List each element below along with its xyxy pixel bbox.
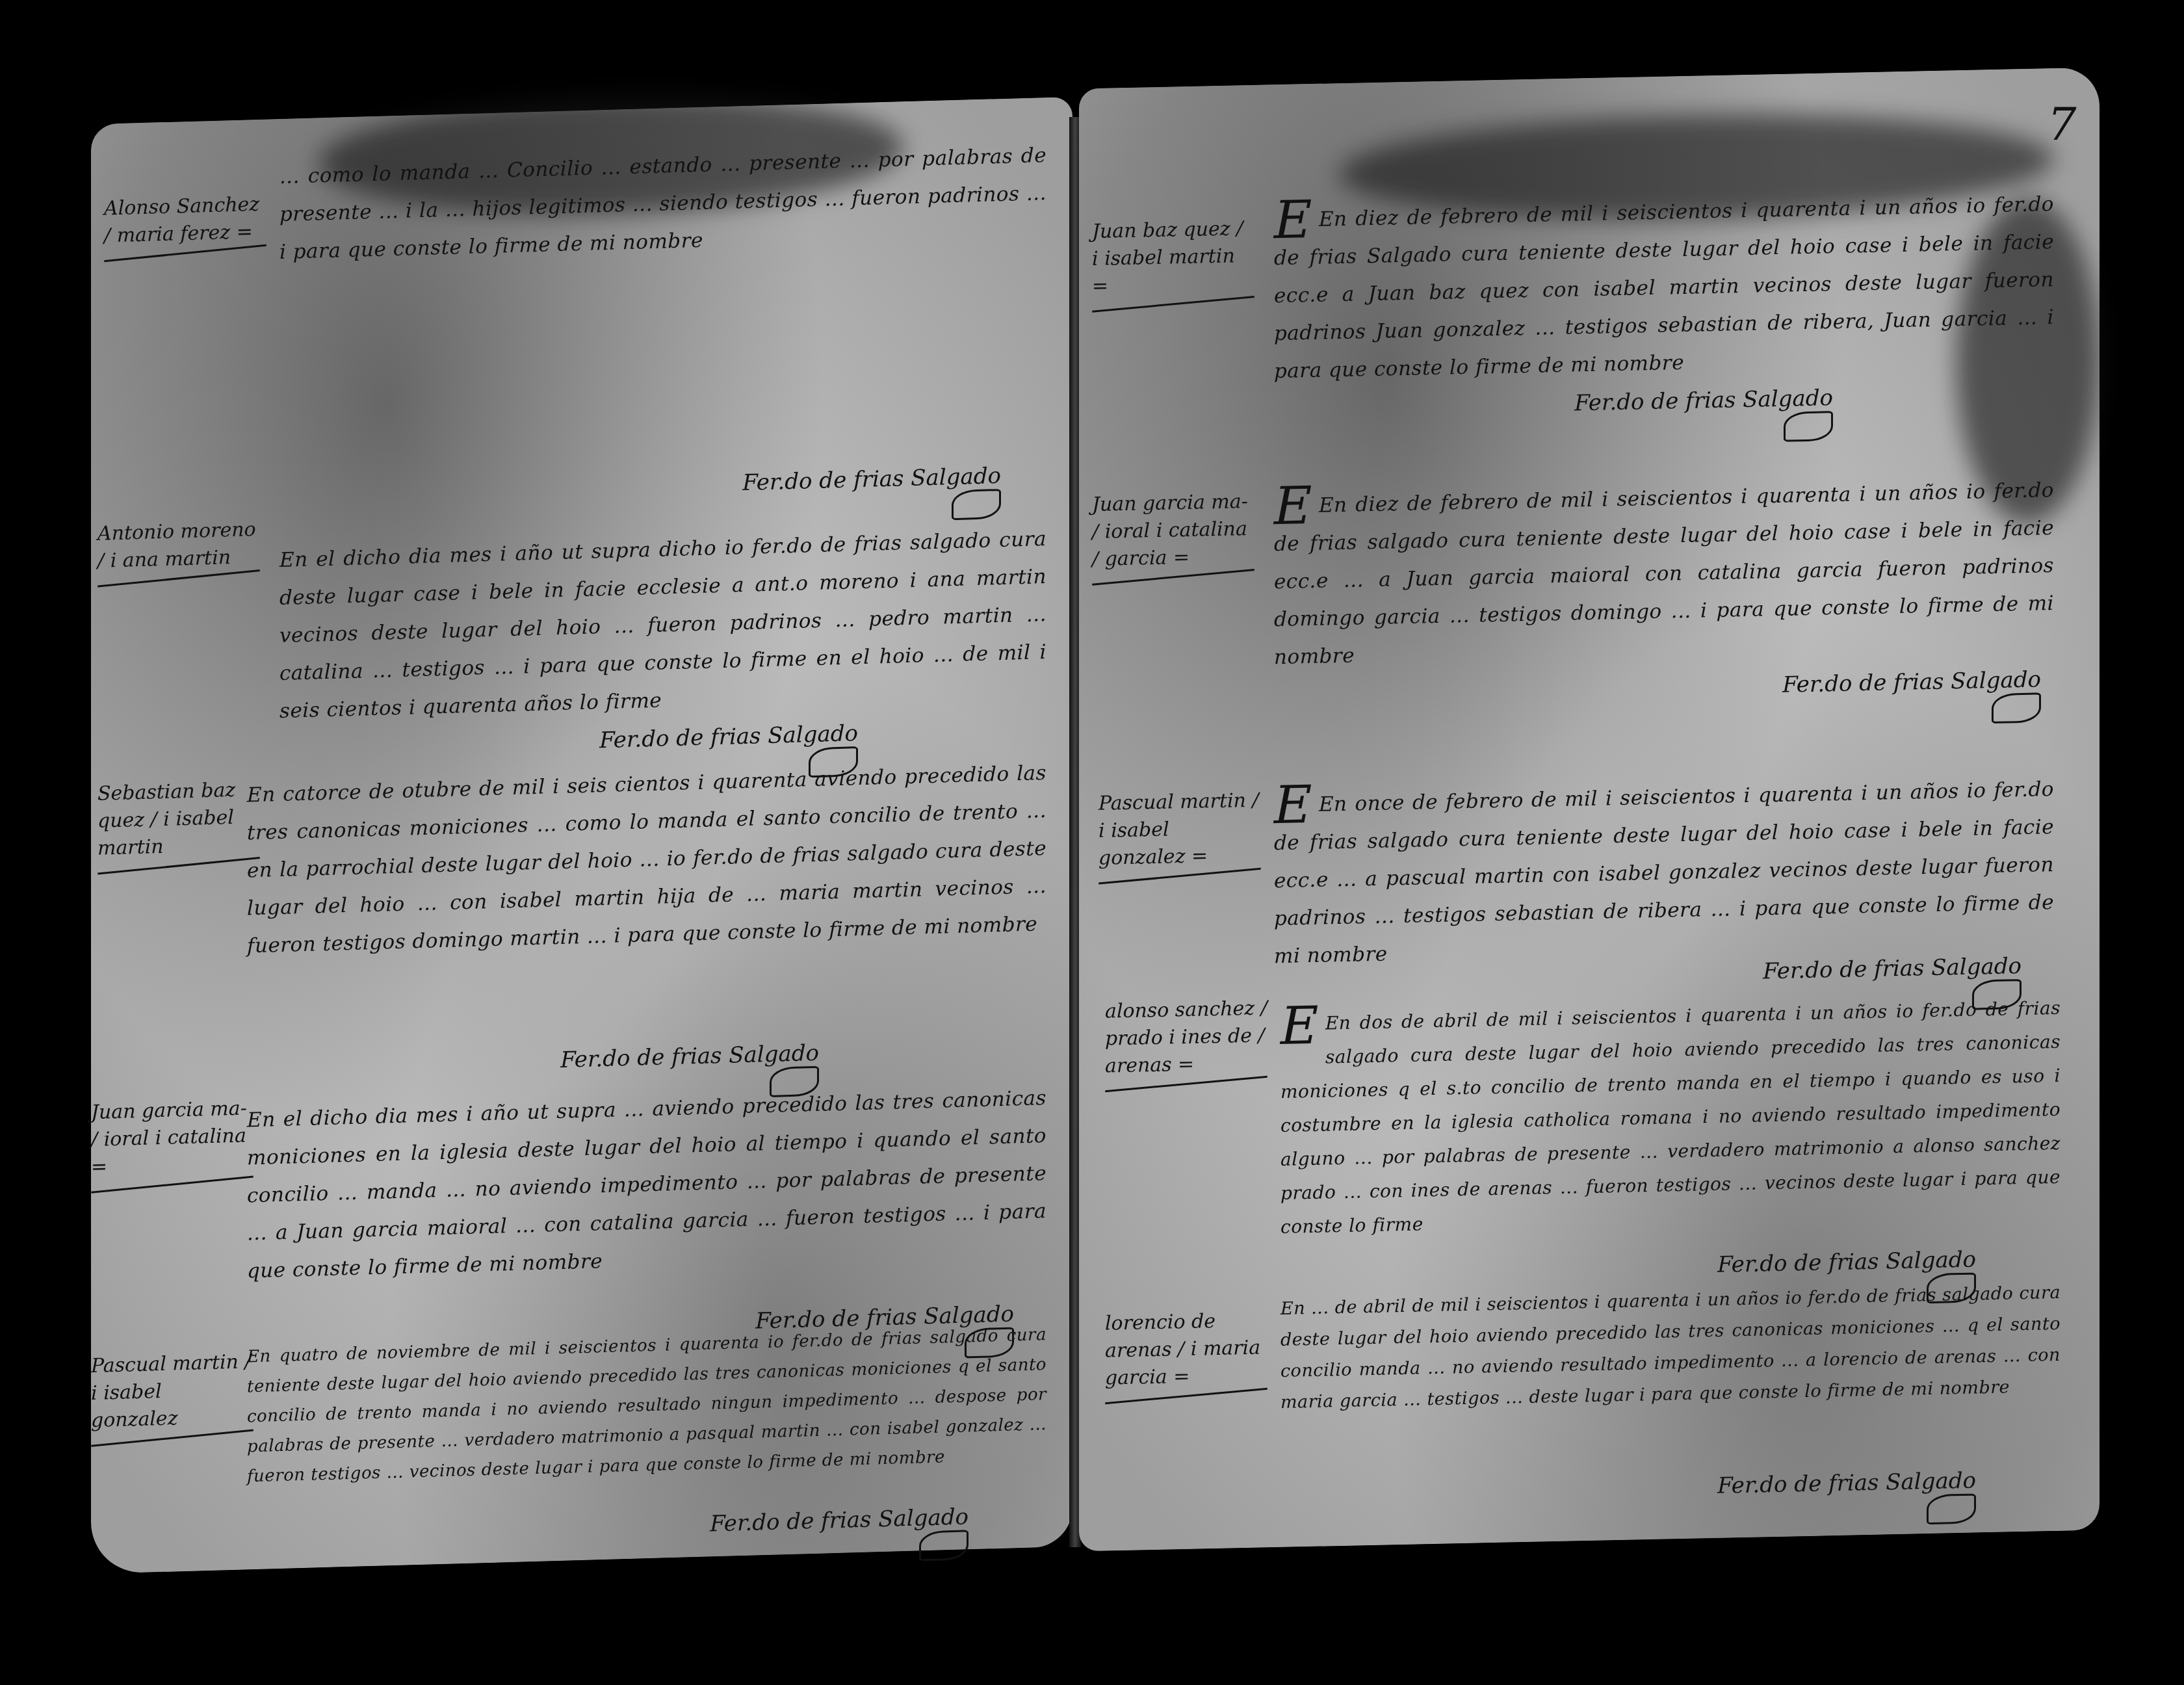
- margin-note: Antonio moreno / i ana martin: [97, 516, 260, 575]
- entry-text: En ... de abril de mil i seiscientos i q…: [1280, 1277, 2060, 1418]
- decorated-initial: E: [1274, 786, 1312, 824]
- entry-text: EEn dos de abril de mil i seiscientos i …: [1280, 991, 2060, 1244]
- left-folio-page: Alonso Sanchez / maria ferez = ... como …: [91, 97, 1072, 1574]
- margin-note: Pascual martin / i isabel gonzalez =: [1098, 787, 1261, 872]
- entry-text: EEn diez de febrero de mil i seiscientos…: [1274, 185, 2054, 390]
- margin-note: Juan garcia ma- / ioral i catalina / gar…: [1092, 488, 1254, 573]
- margin-note: Juan baz quez / i isabel martin =: [1092, 215, 1254, 300]
- signature: Fer.do de frias Salgado: [708, 1504, 968, 1567]
- entry-text: En el dicho dia mes i año ut supra dicho…: [279, 520, 1046, 730]
- margin-note: alonso sanchez / prado i ines de / arena…: [1105, 995, 1267, 1080]
- rubric-flourish-icon: [1784, 411, 1833, 442]
- margin-note: Pascual martin / i isabel gonzalez: [91, 1348, 253, 1435]
- margin-note: lorencio de arenas / i maria garcia =: [1105, 1307, 1267, 1392]
- entry-text: En el dicho dia mes i año ut supra ... a…: [247, 1079, 1046, 1290]
- entry-text: ... como lo manda ... Concilio ... estan…: [279, 137, 1046, 271]
- rubric-flourish-icon: [1927, 1494, 1976, 1525]
- signature: Fer.do de frias Salgado: [741, 463, 1001, 526]
- margin-note: Juan garcia ma- / ioral i catalina =: [91, 1095, 253, 1181]
- signature: Fer.do de frias Salgado: [1573, 385, 1833, 446]
- signature: Fer.do de frias Salgado: [1781, 666, 2041, 727]
- rubric-flourish-icon: [919, 1530, 968, 1561]
- margin-note: Sebastian baz quez / i isabel martin: [97, 776, 260, 863]
- folio-number: 7: [2047, 98, 2077, 151]
- margin-note: Alonso Sanchez / maria ferez =: [104, 191, 266, 250]
- rubric-flourish-icon: [952, 489, 1001, 520]
- rubric-flourish-icon: [1992, 692, 2041, 724]
- decorated-initial: E: [1274, 201, 1312, 239]
- right-folio-page: Juan baz quez / i isabel martin = EEn di…: [1079, 68, 2099, 1552]
- decorated-initial: E: [1280, 1007, 1319, 1045]
- decorated-initial: E: [1274, 487, 1312, 525]
- entry-text: EEn once de febrero de mil i seiscientos…: [1274, 770, 2054, 975]
- entry-text: En quatro de noviembre de mil i seiscien…: [247, 1320, 1046, 1491]
- signature: Fer.do de frias Salgado: [1716, 1468, 1976, 1529]
- entry-text: En catorce de otubre de mil i seis cient…: [247, 754, 1046, 965]
- entry-text: EEn diez de febrero de mil i seiscientos…: [1274, 471, 2054, 676]
